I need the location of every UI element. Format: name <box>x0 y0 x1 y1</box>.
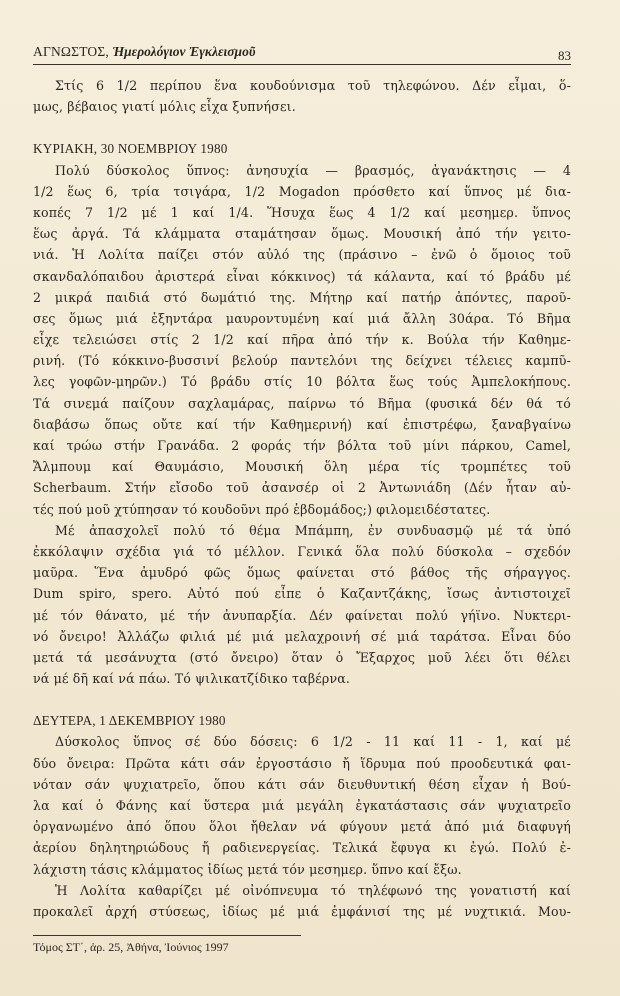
text-line: ἐκκόλαψιν σχέδια γιά τό μέλλον. Γενικά ὅ… <box>33 541 571 562</box>
text-line: εἶχε τελειώσει στίς 2 1/2 καί πῆρα ἀπό τ… <box>33 329 571 350</box>
text-line: μως, βέβαιος γιατί μόλις εἶχα ξυπνήσει. <box>33 96 571 117</box>
text-line: Dum spiro, spero. Αὐτό πού εἶπε ὁ Καζαντ… <box>33 583 571 604</box>
text-line: 1/2 ἕως 6, τρία τσιγάρα, 1/2 Mogadon πρό… <box>33 181 571 202</box>
entry-paragraph: Πολύ δύσκολος ὕπνος: ἀνησυχία — βρασμός,… <box>33 160 571 520</box>
entry-heading: ΔΕΥΤΕΡΑ, 1 ΔΕΚΕΜΒΡΙΟΥ 1980 <box>33 710 571 731</box>
text-line: σκανδαλόπαιδου ἀριστερά εἶναι κόκκινος) … <box>33 266 571 287</box>
page-number: 83 <box>558 48 571 64</box>
text-line: Δύσκολος ὕπνος σέ δύο δόσεις: 6 1/2 - 11… <box>33 731 571 752</box>
diary-entry-sunday: ΚΥΡΙΑΚΗ, 30 ΝΟΕΜΒΡΙΟΥ 1980 Πολύ δύσκολος… <box>33 138 571 689</box>
text-line: 2 μικρά παιδιά στό δωμάτιό της. Μήτηρ κα… <box>33 287 571 308</box>
text-line: νό ὄνειρο! Ἀλλάζω φιλιά μέ μιά μελαχροιν… <box>33 626 571 647</box>
body-text: Στίς 6 1/2 περίπου ἕνα κουδούνισμα τοῦ τ… <box>33 75 571 922</box>
text-line: προκαλεῖ ἀρχή στύσεως, ἰδίως μέ μιά ἐμφά… <box>33 901 571 922</box>
section-gap <box>33 689 571 710</box>
running-head-title: Ἡμερολόγιον Ἐγκλεισμοῦ <box>112 44 255 59</box>
text-line: διαβάσω ὅπως οὔτε καί τήν Καθημερινή) κα… <box>33 414 571 435</box>
text-line: ἕως ἀργά. Τά κλάμματα σταμάτησαν ὅμως. Μ… <box>33 223 571 244</box>
text-line: Τά σινεμά παίζουν σαχλαμάρας, παίρνω τό … <box>33 393 571 414</box>
text-line: Scherbaum. Στήν εἴσοδο τοῦ ἀσανσέρ οἱ 2 … <box>33 477 571 498</box>
text-line: τές πού μοῦ χτύπησαν τό κουδοῦνι πρό ἑβδ… <box>33 499 571 520</box>
section-gap <box>33 117 571 138</box>
text-line: λα καί ὁ Φάνης καί ὕστερα μιά μεγάλη ἐγκ… <box>33 795 571 816</box>
text-line: μαῦρα. Ἕνα ἀμυδρό φῶς ὅμως φαίνεται στό … <box>33 562 571 583</box>
running-head: ΑΓΝΩΣΤΟΣ, Ἡμερολόγιον Ἐγκλεισμοῦ 83 <box>33 44 571 65</box>
text-line: ἀερίου δηλητηριώδους ἤ ραδιενεργείας. Τε… <box>33 837 571 858</box>
intro-paragraph: Στίς 6 1/2 περίπου ἕνα κουδούνισμα τοῦ τ… <box>33 75 571 117</box>
text-line: Πολύ δύσκολος ὕπνος: ἀνησυχία — βρασμός,… <box>33 160 571 181</box>
entry-paragraph: Ἡ Λολίτα καθαρίζει μέ οἰνόπνευμα τό τηλέ… <box>33 880 571 922</box>
entry-paragraph: Δύσκολος ὕπνος σέ δύο δόσεις: 6 1/2 - 11… <box>33 731 571 879</box>
text-line: δύο ὄνειρα: Πρῶτα κάτι σάν ἐργοστάσιο ἤ … <box>33 753 571 774</box>
text-line: νιά. Ἡ Λολίτα παίζει στόν αὐλό της (πράσ… <box>33 244 571 265</box>
text-line: λάχιστη τάσις κλάμματος ἰδίως μετά τόν μ… <box>33 859 571 880</box>
entry-heading: ΚΥΡΙΑΚΗ, 30 ΝΟΕΜΒΡΙΟΥ 1980 <box>33 138 571 159</box>
footer-citation: Τόμος ΣΤ΄, ἀρ. 25, Ἀθήνα, Ἰούνιος 1997 <box>33 940 229 954</box>
text-line: μετά τά μεσάνυχτα (στό ὄνειρο) ὅταν ὁ Ἔξ… <box>33 647 571 668</box>
text-line: σες ὅμως μιά ἑξηντάρα μαυροντυμένη καί μ… <box>33 308 571 329</box>
text-line: ὀργανωμένο ἀπό ὅπου ὅλοι ἤθελαν νά φύγου… <box>33 816 571 837</box>
text-line: Στίς 6 1/2 περίπου ἕνα κουδούνισμα τοῦ τ… <box>33 75 571 96</box>
text-line: Ἡ Λολίτα καθαρίζει μέ οἰνόπνευμα τό τηλέ… <box>33 880 571 901</box>
book-page: ΑΓΝΩΣΤΟΣ, Ἡμερολόγιον Ἐγκλεισμοῦ 83 Στίς… <box>0 0 620 996</box>
text-line: κοπές 7 1/2 μέ 1 καί 1/4. Ἥσυχα ἕως 4 1/… <box>33 202 571 223</box>
text-line: Ἄλμπουμ καί Θαυμάσιο, Μουσική ὅλη μέρα τ… <box>33 456 571 477</box>
text-line: νόταν σάν ψυχιατρεῖο, ὅπου κάτι σάν διευ… <box>33 774 571 795</box>
entry-paragraph: Μέ ἀπασχολεῖ πολύ τό θέμα Μπάμπη, ἐν συν… <box>33 520 571 690</box>
text-line: Μέ ἀπασχολεῖ πολύ τό θέμα Μπάμπη, ἐν συν… <box>33 520 571 541</box>
page-footer: Τόμος ΣΤ΄, ἀρ. 25, Ἀθήνα, Ἰούνιος 1997 <box>33 935 301 955</box>
text-line: μέ τόν θάνατο, μέ τήν ἀνυπαρξία. Δέν φαί… <box>33 605 571 626</box>
text-line: καί τρώω στήν Γρανάδα. 2 φοράς τήν βόλτα… <box>33 435 571 456</box>
text-line: ρινή. (Τό κόκκινο-βυσσινί βελούρ παντελό… <box>33 350 571 371</box>
diary-entry-monday: ΔΕΥΤΕΡΑ, 1 ΔΕΚΕΜΒΡΙΟΥ 1980 Δύσκολος ὕπνο… <box>33 710 571 922</box>
running-head-author: ΑΓΝΩΣΤΟΣ, <box>33 44 109 59</box>
text-line: λες γοφῶν-μηρῶν.) Τό βράδυ στίς 10 βόλτα… <box>33 371 571 392</box>
text-line: νά μέ δῆ καί νά πάω. Τό ψιλικατζίδικο τα… <box>33 668 571 689</box>
